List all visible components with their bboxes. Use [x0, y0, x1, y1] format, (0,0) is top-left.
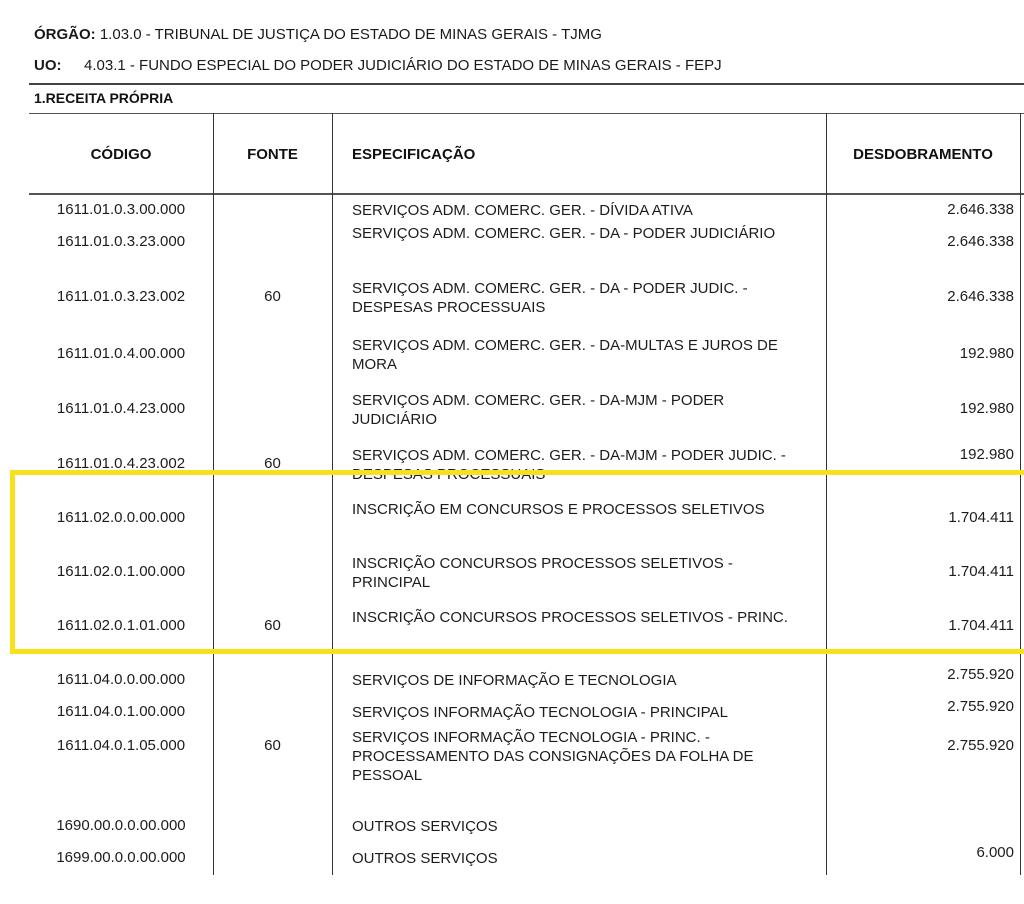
cell-especificacao: INSCRIÇÃO EM CONCURSOS E PROCESSOS SELET… — [352, 500, 812, 519]
cell-desdobramento: 1.704.411 — [826, 563, 1014, 580]
orgao-line: ÓRGÃO: 1.03.0 - TRIBUNAL DE JUSTIÇA DO E… — [34, 26, 602, 43]
column-header-fonte: FONTE — [213, 146, 332, 163]
cell-fonte: 60 — [213, 455, 332, 472]
cell-especificacao: SERVIÇOS ADM. COMERC. GER. - DÍVIDA ATIV… — [352, 201, 812, 220]
cell-especificacao: OUTROS SERVIÇOS — [352, 849, 812, 868]
table-header-border — [29, 193, 1024, 195]
cell-desdobramento: 1.704.411 — [826, 617, 1014, 634]
table-top-border — [29, 113, 1024, 114]
cell-codigo: 1611.04.0.0.00.000 — [29, 671, 213, 688]
divider — [29, 83, 1024, 85]
cell-codigo: 1611.01.0.4.23.002 — [29, 455, 213, 472]
cell-desdobramento: 2.755.920 — [826, 666, 1014, 683]
cell-codigo: 1699.00.0.0.00.000 — [29, 849, 213, 866]
cell-desdobramento: 2.755.920 — [826, 737, 1014, 754]
column-header-desdobramento: DESDOBRAMENTO — [826, 146, 1020, 163]
orgao-value: 1.03.0 - TRIBUNAL DE JUSTIÇA DO ESTADO D… — [100, 26, 602, 43]
cell-codigo: 1690.00.0.0.00.000 — [29, 817, 213, 834]
column-divider — [332, 113, 333, 875]
cell-codigo: 1611.04.0.1.05.000 — [29, 737, 213, 754]
uo-value: 4.03.1 - FUNDO ESPECIAL DO PODER JUDICIÁ… — [84, 57, 722, 74]
cell-fonte: 60 — [213, 617, 332, 634]
uo-line: UO: 4.03.1 - FUNDO ESPECIAL DO PODER JUD… — [34, 57, 62, 74]
column-divider — [213, 113, 214, 875]
cell-especificacao: SERVIÇOS ADM. COMERC. GER. - DA-MULTAS E… — [352, 336, 812, 374]
cell-especificacao: SERVIÇOS ADM. COMERC. GER. - DA - PODER … — [352, 279, 812, 317]
cell-especificacao: SERVIÇOS INFORMAÇÃO TECNOLOGIA - PRINC. … — [352, 728, 812, 785]
cell-especificacao: SERVIÇOS INFORMAÇÃO TECNOLOGIA - PRINCIP… — [352, 703, 812, 722]
cell-codigo: 1611.02.0.1.01.000 — [29, 617, 213, 634]
cell-especificacao: INSCRIÇÃO CONCURSOS PROCESSOS SELETIVOS … — [352, 608, 812, 627]
cell-desdobramento: 2.646.338 — [826, 288, 1014, 305]
cell-codigo: 1611.04.0.1.00.000 — [29, 703, 213, 720]
cell-codigo: 1611.02.0.0.00.000 — [29, 509, 213, 526]
cell-codigo: 1611.02.0.1.00.000 — [29, 563, 213, 580]
column-header-especificacao: ESPECIFICAÇÃO — [352, 146, 475, 163]
orgao-label: ÓRGÃO: — [34, 26, 96, 43]
column-divider — [1020, 113, 1021, 875]
cell-fonte: 60 — [213, 737, 332, 754]
cell-codigo: 1611.01.0.4.23.000 — [29, 400, 213, 417]
cell-desdobramento: 192.980 — [826, 446, 1014, 463]
cell-desdobramento: 1.704.411 — [826, 509, 1014, 526]
cell-desdobramento: 2.646.338 — [826, 201, 1014, 218]
cell-especificacao: SERVIÇOS DE INFORMAÇÃO E TECNOLOGIA — [352, 671, 812, 690]
column-header-codigo: CÓDIGO — [29, 146, 213, 163]
cell-especificacao: SERVIÇOS ADM. COMERC. GER. - DA-MJM - PO… — [352, 446, 812, 484]
cell-codigo: 1611.01.0.3.23.002 — [29, 288, 213, 305]
cell-desdobramento: 192.980 — [826, 345, 1014, 362]
cell-desdobramento: 192.980 — [826, 400, 1014, 417]
cell-desdobramento: 2.755.920 — [826, 698, 1014, 715]
cell-codigo: 1611.01.0.3.23.000 — [29, 233, 213, 250]
cell-especificacao: SERVIÇOS ADM. COMERC. GER. - DA-MJM - PO… — [352, 391, 812, 429]
section-title: 1.RECEITA PRÓPRIA — [34, 90, 173, 106]
cell-codigo: 1611.01.0.4.00.000 — [29, 345, 213, 362]
cell-codigo: 1611.01.0.3.00.000 — [29, 201, 213, 218]
uo-label: UO: — [34, 57, 62, 74]
cell-especificacao: SERVIÇOS ADM. COMERC. GER. - DA - PODER … — [352, 224, 812, 243]
cell-especificacao: INSCRIÇÃO CONCURSOS PROCESSOS SELETIVOS … — [352, 554, 812, 592]
cell-especificacao: OUTROS SERVIÇOS — [352, 817, 812, 836]
column-divider — [826, 113, 827, 875]
cell-desdobramento: 2.646.338 — [826, 233, 1014, 250]
cell-fonte: 60 — [213, 288, 332, 305]
cell-desdobramento: 6.000 — [826, 844, 1014, 861]
